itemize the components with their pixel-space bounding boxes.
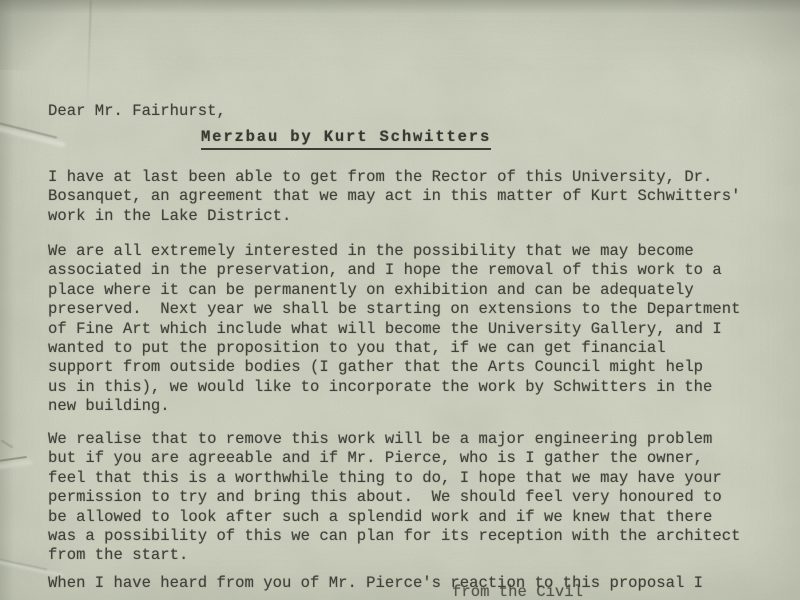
top-left-crease-mark [0,121,57,138]
letter-line: preserved. Next year we shall be startin… [48,300,740,319]
top-left-crease-highlight [0,125,66,147]
letter-line: support from outside bodies (I gather th… [48,358,740,377]
paragraph-1: I have at last been able to get from the… [48,168,740,226]
top-edge-shadow [0,0,800,14]
salutation: Dear Mr. Fairhurst, [48,102,226,121]
paragraph-4: When I have heard from you of Mr. Pierce… [48,574,703,593]
letter-line: When I have heard from you of Mr. Pierce… [48,574,703,593]
paragraph-3: We realise that to remove this work will… [48,430,740,566]
letter-line: permission to try and bring this about. … [48,488,740,507]
letter-line: us in this), we would like to incorporat… [48,378,740,397]
letter-line: We are all extremely interested in the p… [48,242,740,261]
letter-line: associated in the preservation, and I ho… [48,261,740,280]
clipped-last-line: from the Civil [452,583,583,600]
left-edge-crease-highlight [0,460,32,470]
letter-line: place where it can be permanently on exh… [48,281,740,300]
letter-line: We realise that to remove this work will… [48,430,740,449]
letter-line: work in the Lake District. [48,207,740,226]
letter-line: from the start. [48,546,740,565]
letter-line: feel that this is a worthwhile thing to … [48,469,740,488]
left-edge-crease-tick [1,439,14,448]
letter-line: Bosanquet, an agreement that we may act … [48,187,740,206]
letter-line: be allowed to look after such a splendid… [48,508,740,527]
letter-line: I have at last been able to get from the… [48,168,740,187]
top-right-corner-shading [640,0,800,80]
left-edge-crease-mark [0,456,27,462]
top-vertical-fold-mark [86,0,92,110]
letter-line: wanted to put the proposition to you tha… [48,339,740,358]
letter-line: of Fine Art which include what will beco… [48,320,740,339]
letter-line: but if you are agreeable and if Mr. Pier… [48,449,740,468]
letter-line: was a possibility of this we can plan fo… [48,527,740,546]
left-edge-shadow [0,0,14,600]
top-left-corner-shading [0,0,90,70]
subject-heading: Merzbau by Kurt Schwitters [201,128,491,150]
paragraph-2: We are all extremely interested in the p… [48,242,740,417]
letter-line: new building. [48,397,740,416]
letter-page: Dear Mr. Fairhurst, Merzbau by Kurt Schw… [0,0,800,600]
bottom-left-crease-mark [0,557,48,570]
